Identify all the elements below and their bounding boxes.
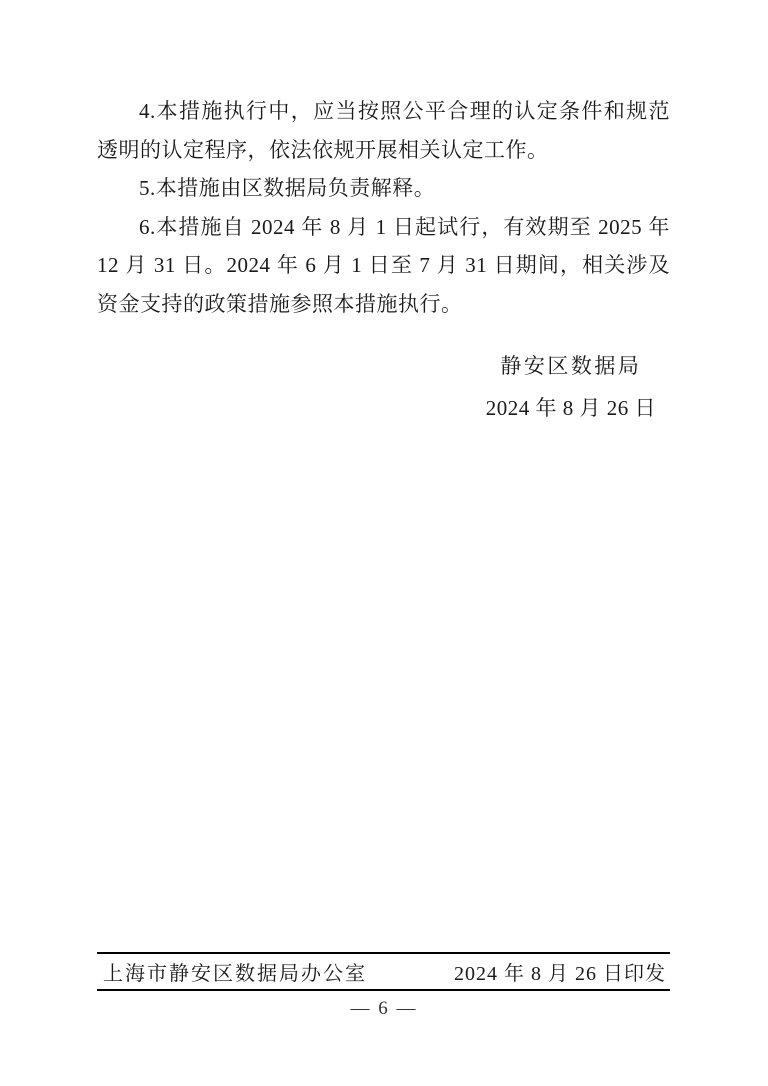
footer-bottom-rule xyxy=(97,989,670,991)
signature-block: 静安区数据局 2024 年 8 月 26 日 xyxy=(486,345,656,429)
footer-issuing-office: 上海市静安区数据局办公室 xyxy=(97,957,367,986)
paragraph-clause-5: 5.本措施由区数据局负责解释。 xyxy=(97,169,670,208)
document-page: 4.本措施执行中，应当按照公平合理的认定条件和规范透明的认定程序，依法依规开展相… xyxy=(0,0,768,1086)
paragraph-clause-6: 6.本措施自 2024 年 8 月 1 日起试行，有效期至 2025 年 12 … xyxy=(97,208,670,324)
footer-issuance-row: 上海市静安区数据局办公室 2024 年 8 月 26 日印发 xyxy=(97,954,670,989)
document-body: 4.本措施执行中，应当按照公平合理的认定条件和规范透明的认定程序，依法依规开展相… xyxy=(97,92,670,429)
signature-organization: 静安区数据局 xyxy=(486,345,656,387)
footer-print-date: 2024 年 8 月 26 日印发 xyxy=(454,957,670,986)
signature-date: 2024 年 8 月 26 日 xyxy=(486,387,656,429)
page-number: — 6 — xyxy=(0,998,768,1020)
paragraph-clause-4: 4.本措施执行中，应当按照公平合理的认定条件和规范透明的认定程序，依法依规开展相… xyxy=(97,92,670,169)
